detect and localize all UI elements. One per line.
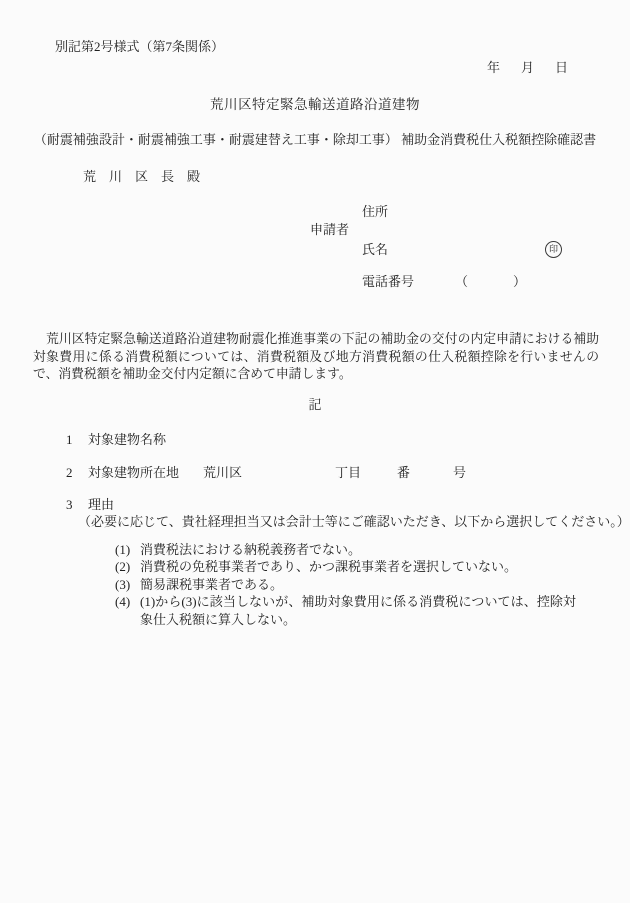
seal-text: 印 [549,245,558,254]
document-subtitle: （耐震補強設計・耐震補強工事・耐震建替え工事・除却工事） 補助金消費税仕入税額控… [0,133,630,147]
document-page: 別記第2号様式（第7条関係） 年 月 日 荒川区特定緊急輸送道路沿道建物 （耐震… [0,0,630,903]
phone-open-paren: （ [455,275,468,289]
date-day-label: 日 [555,61,568,75]
option-text: 消費税法における納税義務者でない。 [140,541,576,559]
item-3-label: 理由 [88,498,114,512]
item-1-number: 1 [66,433,73,447]
reason-option-3: (3) 簡易課税事業者である。 [115,576,576,594]
body-paragraph: 荒川区特定緊急輸送道路沿道建物耐震化推進事業の下記の補助金の交付の内定申請におけ… [33,331,599,384]
phone-label: 電話番号 [362,275,414,289]
address-label: 住所 [362,205,388,219]
chome-label: 丁目 [335,466,361,480]
applicant-label: 申請者 [310,223,349,237]
record-heading: 記 [0,398,630,412]
item-2-label: 対象建物所在地 [88,466,179,480]
option-number: (1) [115,541,140,559]
ban-label: 番 [397,466,410,480]
option-number: (3) [115,576,140,594]
addressee: 荒 川 区 長 殿 [83,170,200,184]
item-3-number: 3 [66,498,73,512]
phone-close-paren: ） [513,275,526,289]
date-year-label: 年 [487,61,500,75]
option-text: 簡易課税事業者である。 [140,576,576,594]
form-number: 別記第2号様式（第7条関係） [55,40,224,54]
option-number: (4) [115,593,140,628]
ward-label: 荒川区 [203,466,242,480]
option-text: 消費税の免税事業者であり、かつ課税事業者を選択していない。 [140,558,576,576]
reason-option-4: (4) (1)から(3)に該当しないが、補助対象費用に係る消費税については、控除… [115,593,576,628]
reason-option-2: (2) 消費税の免税事業者であり、かつ課税事業者を選択していない。 [115,558,576,576]
item-1-label: 対象建物名称 [88,433,166,447]
item-3-note: （必要に応じて、貴社経理担当又は会計士等にご確認いただき、以下から選択してくださ… [78,515,630,529]
document-title: 荒川区特定緊急輸送道路沿道建物 [0,98,630,112]
option-text: (1)から(3)に該当しないが、補助対象費用に係る消費税については、控除対象仕入… [140,593,576,628]
date-line: 年 月 日 [487,61,568,75]
go-label: 号 [453,466,466,480]
name-label: 氏名 [362,243,388,257]
reason-option-1: (1) 消費税法における納税義務者でない。 [115,541,576,559]
seal-icon: 印 [545,241,562,258]
item-2-number: 2 [66,466,73,480]
date-month-label: 月 [521,61,534,75]
option-number: (2) [115,558,140,576]
